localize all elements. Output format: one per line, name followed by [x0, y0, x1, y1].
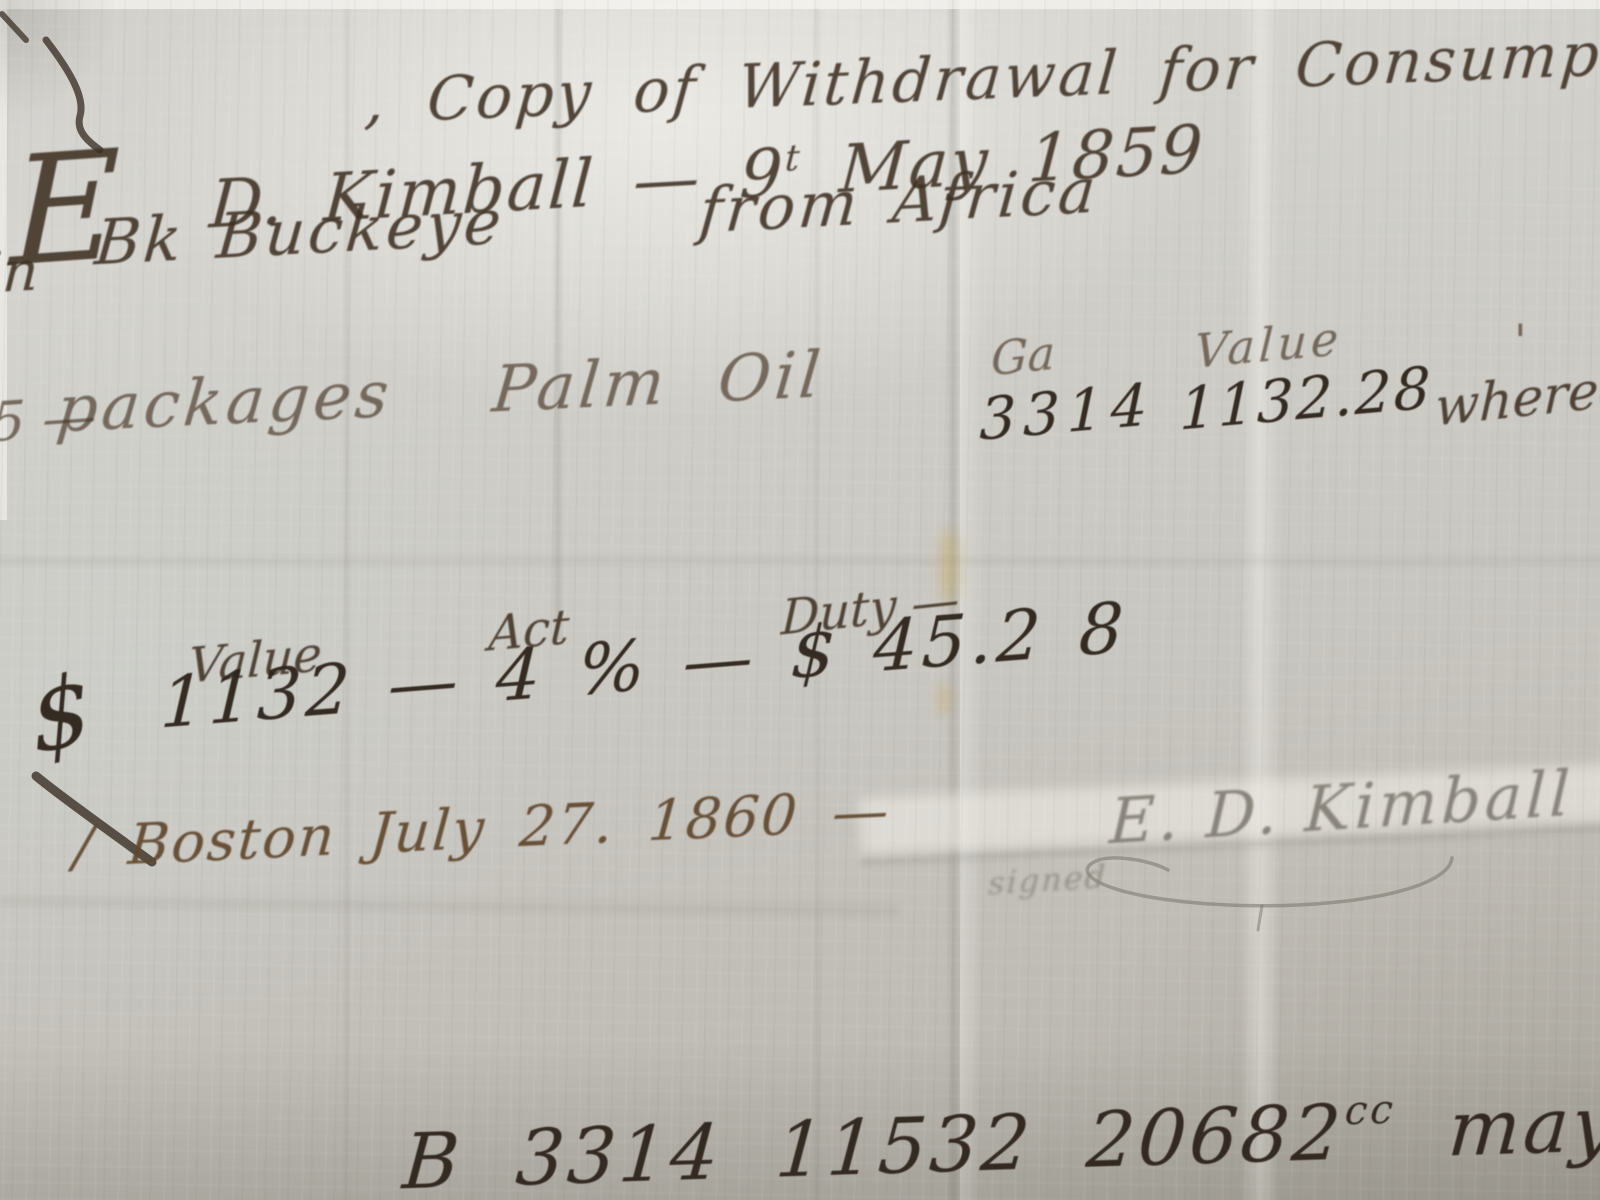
- signature: E. D. Kimball: [1108, 756, 1575, 858]
- item-gallons-value: 3314: [979, 375, 1155, 449]
- photographed-handwritten-document: , Copy of Withdrawal for Consumption E D…: [0, 0, 1600, 1200]
- signature-loop-tail: [1258, 906, 1262, 930]
- horizontal-fold-crease: [0, 895, 900, 916]
- bottom-superscript: cc: [1343, 1087, 1397, 1135]
- bottom-lead-glyph: B: [400, 1115, 465, 1200]
- bottom-numbers: 3314 11532 20682: [459, 1087, 1347, 1200]
- place-and-date-line: / Boston July 27. 1860 —: [72, 783, 893, 876]
- column-header-mark: ': [1514, 318, 1527, 364]
- signed-label: signed: [987, 857, 1108, 902]
- item-trailing-note: whereof: [1434, 360, 1600, 435]
- signature-line: signedE. D. Kimball: [989, 762, 1575, 860]
- document-title: , Copy of Withdrawal for Consumption: [363, 20, 1600, 133]
- vertical-fold-highlight: [1240, 0, 1280, 1200]
- duty-calculation-line: 1132 — 4 % — $ 45.2 8: [159, 592, 1129, 739]
- currency-symbol: $: [26, 659, 96, 768]
- item-description: packages Palm Oil: [54, 343, 827, 442]
- corner-shadow: [0, 0, 120, 120]
- signature-underline-loop: [1087, 858, 1452, 906]
- paper-edge-highlight: [0, 0, 1600, 9]
- paper-stain: [936, 682, 952, 716]
- bottom-cutoff-line: B 3314 11532 20682cc may 9 23 8: [400, 1073, 1600, 1200]
- corner-ink-tick: [2, 14, 26, 40]
- horizontal-fold-crease: [0, 552, 1600, 570]
- bottom-date: may 9: [1391, 1076, 1600, 1175]
- margin-fragment: in: [0, 243, 40, 302]
- column-header-gallons: Ga: [990, 329, 1055, 382]
